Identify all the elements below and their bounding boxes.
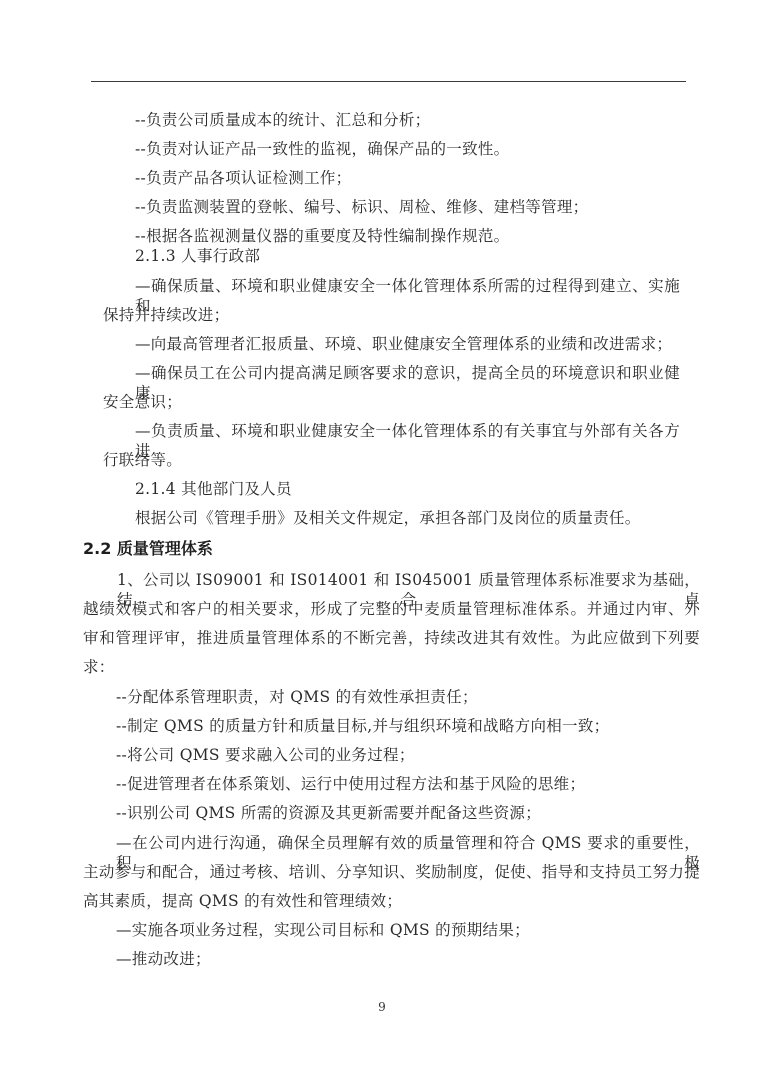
list-item: --根据各监视测量仪器的重要度及特性编制操作规范。 <box>135 226 509 246</box>
list-item: —实施各项业务过程，实现公司目标和 QMS 的预期结果； <box>116 920 530 940</box>
paragraph-line: —负责质量、环境和职业健康安全一体化管理体系的有关事宜与外部有关各方进 <box>135 421 680 461</box>
list-item: --促进管理者在体系策划、运行中使用过程方法和基于风险的思维； <box>116 774 585 794</box>
paragraph-line: 审和管理评审，推进质量管理体系的不断完善，持续改进其有效性。为此应做到下列要 <box>83 628 700 648</box>
list-item: --分配体系管理职责，对 QMS 的有效性承担责任； <box>116 687 478 707</box>
header-rule <box>91 81 686 82</box>
paragraph-line: 越绩效模式和客户的相关要求，形成了完整的中麦质量管理标准体系。并通过内审、外 <box>83 599 700 619</box>
list-item: --将公司 QMS 要求融入公司的业务过程； <box>116 745 415 765</box>
document-page: --负责公司质量成本的统计、汇总和分析； --负责对认证产品一致性的监视，确保产… <box>0 0 763 1080</box>
paragraph-line: 主动参与和配合，通过考核、培训、分享知识、奖励制度，促使、指导和支持员工努力提 <box>83 862 700 882</box>
list-item: --负责产品各项认证检测工作； <box>135 168 351 188</box>
list-item: --负责监测装置的登帐、编号、标识、周检、维修、建档等管理； <box>135 197 588 217</box>
paragraph-line: —确保员工在公司内提高满足顾客要求的意识，提高全员的环境意识和职业健康 <box>135 363 680 403</box>
paragraph-line: 行联络等。 <box>103 450 182 470</box>
section-heading-213: 2.1.3 人事行政部 <box>135 246 260 266</box>
list-item: --负责公司质量成本的统计、汇总和分析； <box>135 110 430 130</box>
list-item: —推动改进； <box>116 949 211 969</box>
paragraph-line: 根据公司《管理手册》及相关文件规定，承担各部门及岗位的质量责任。 <box>135 508 641 528</box>
paragraph-line: —向最高管理者汇报质量、环境、职业健康安全管理体系的业绩和改进需求； <box>135 334 672 354</box>
section-heading-22: 2.2 质量管理体系 <box>83 539 213 559</box>
paragraph-line: 高其素质，提高 QMS 的有效性和管理绩效； <box>83 891 402 911</box>
section-heading-214: 2.1.4 其他部门及人员 <box>135 479 292 499</box>
list-item: --识别公司 QMS 所需的资源及其更新需要并配备这些资源； <box>116 803 541 823</box>
page-number: 9 <box>370 1000 394 1014</box>
list-item: --负责对认证产品一致性的监视，确保产品的一致性。 <box>135 139 509 159</box>
paragraph-line: 求： <box>83 657 115 677</box>
paragraph-line: 保持并持续改进； <box>103 305 229 325</box>
paragraph-line: 安全意识； <box>103 392 182 412</box>
list-item: --制定 QMS 的质量方针和质量目标,并与组织环境和战略方向相一致； <box>116 716 609 736</box>
